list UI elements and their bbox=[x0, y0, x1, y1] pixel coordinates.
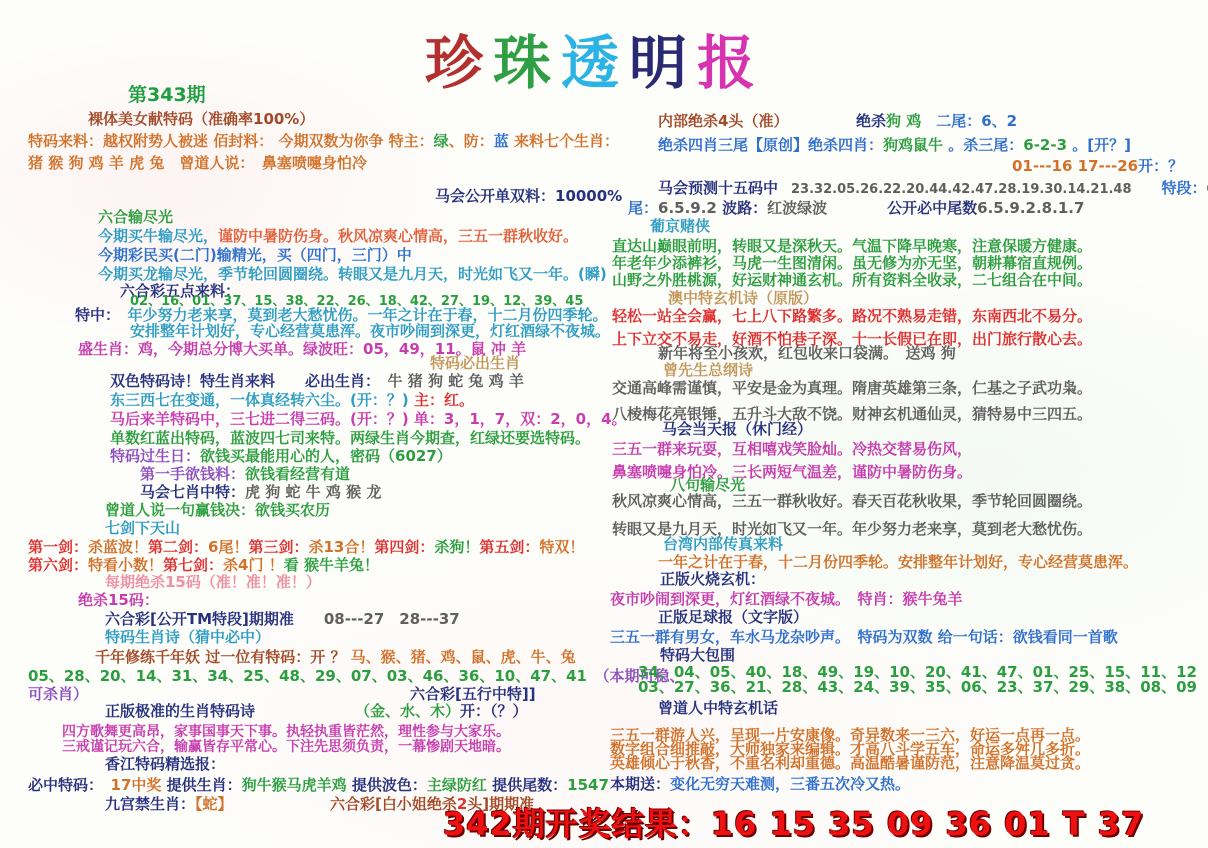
text-segment: 红波绿波 bbox=[767, 199, 827, 217]
text-line: 山野之外胜桃源，好运财神通玄机。所有资料全收录，二七组合在中间。 bbox=[612, 272, 1092, 289]
text-line: 05、28、20、14、31、34、25、48、29、07、03、46、36、1… bbox=[28, 668, 685, 685]
text-line: 三五一群来玩耍，互相嘻戏笑脸灿。冷热交替易伤风， bbox=[612, 441, 972, 458]
text-segment: 香江特码精选报： bbox=[105, 755, 225, 773]
text-line: 一年之计在于春，十二月份四季轮。安排整年计划好，专心经营莫患浑。 bbox=[658, 554, 1138, 571]
text-line: 第一手欲钱料：欲钱看经营有道 bbox=[140, 466, 350, 483]
text-segment: 裸体美女献特码（准确率100%） bbox=[88, 110, 314, 128]
text-line: 特码过生日：欲钱买最能用心的人，密码（6027） bbox=[110, 448, 452, 465]
section-mahui-daily: 马会当天报（休门经） bbox=[662, 421, 812, 438]
text-segment: 狗鸡鼠牛 bbox=[883, 136, 943, 154]
text-segment: 每期绝杀15码（准！准！准！） bbox=[105, 573, 321, 591]
section-liuhe-shujinguang: 六合输尽光 bbox=[98, 209, 173, 226]
text-segment: 谨防中暑防伤身。秋风凉爽心情高，三五一群秋收好。 bbox=[218, 227, 578, 245]
text-segment: 特码大包围 bbox=[660, 646, 735, 664]
text-segment: （金、水、木） bbox=[355, 702, 460, 720]
text-segment: 必中特码： bbox=[28, 776, 96, 794]
single-double: 马会公开单双料：10000% bbox=[435, 188, 622, 205]
text-segment: 第六剑： bbox=[28, 556, 88, 574]
text-segment: 杀13合！ bbox=[309, 538, 375, 556]
section-zengxiansheng: 曾先生总纲诗 bbox=[663, 362, 753, 379]
text-segment: 秋风凉爽心情高，三五一群秋收好。春天百花秋收果，季节轮回圆圈绕。 bbox=[612, 492, 1092, 510]
section-huoshao: 正版火烧玄机： bbox=[660, 571, 765, 588]
text-line: 本期送：变化无穷天难测，三番五次冷又热。 bbox=[610, 776, 910, 793]
text-segment: 六合彩[白小姐绝杀 bbox=[330, 795, 457, 813]
section-zengdaoren-xuanji: 曾道人中特玄机话 bbox=[658, 700, 778, 717]
text-segment: 夜市吵闹到深更，灯红酒绿不夜城。 特肖：猴牛兔羊 bbox=[610, 590, 963, 608]
title-char: 珠 bbox=[493, 29, 561, 97]
text-line: 年老年少添裤衫，马虎一生图清闲。虽无修为亦无坚，朝耕幕宿直规例。 bbox=[612, 255, 1092, 272]
text-segment: 特中： bbox=[75, 306, 113, 324]
text-segment: 。[开？] bbox=[1067, 136, 1131, 154]
text-segment: 特码来料：越权附势人被迷 佰封料： 今期双数为你争 特主： bbox=[28, 132, 434, 150]
text-segment: 澳中特玄机诗（原版） bbox=[668, 289, 818, 307]
text-segment: 今期买龙输尽光，季节轮回圆圈绕。转眼又是九月天，时光如飞又一年。(瞬) bbox=[98, 265, 607, 283]
zodiac-list: 猪 猴 狗 鸡 羊 虎 兔 曾道人说： 鼻塞喷嚏身怕冷 bbox=[28, 155, 367, 172]
text-line: 每期绝杀15码（准！准！准！） bbox=[105, 574, 321, 591]
text-line: 尾：6.5.9.2 波路：红波绿波 公开必中尾数6.5.9.2.8.1.7 bbox=[628, 200, 1084, 217]
text-segment: 提供波色： bbox=[347, 776, 427, 794]
text-segment: 马后来羊特码中，三七进二得三码。(开：？) 单：3，1，7，双：2，0，4。 bbox=[110, 410, 627, 428]
text-segment: 【蛇】 bbox=[195, 795, 233, 813]
text-segment: 欲钱看经营有道 bbox=[245, 465, 350, 483]
text-segment: 牛 猪 狗 蛇 兔 鸡 羊 bbox=[373, 372, 524, 390]
text-segment: 台湾内部传真来料 bbox=[663, 535, 783, 553]
text-segment: 猪 猴 狗 鸡 羊 虎 兔 曾道人说： 鼻塞喷嚏身怕冷 bbox=[28, 154, 367, 172]
text-segment: 6.5.9.2 bbox=[658, 199, 722, 217]
text-segment: 鼻塞喷嚏身怕冷。三长两短气温差，谨防中暑防伤身。 bbox=[612, 463, 972, 481]
text-segment: 轻松一站全会赢，七上八下路繁多。路况不熟易走错，东南西北不易分。 bbox=[612, 307, 1092, 325]
text-segment: 08---27 28---37 bbox=[294, 610, 460, 628]
text-line: 绝杀四肖三尾【原创】绝杀四肖：狗鸡鼠牛 。杀三尾：6-2-3 。[开？] bbox=[658, 137, 1131, 154]
text-segment: 特码必出生肖 bbox=[430, 354, 520, 372]
text-segment: 英雄倾心于秋香，不重名利却重德。高温酷暑谨防范，注意降温莫过贪。 bbox=[610, 754, 1090, 772]
mahui-15-codes: 马会预测十五码中 23.32.05.26.22.20.44.42.47.28.1… bbox=[658, 180, 1208, 198]
text-segment: 来料七个生肖： bbox=[509, 132, 619, 150]
text-segment: 05、28、20、14、31、34、25、48、29、07、03、46、36、1… bbox=[28, 667, 587, 685]
text-segment: 、防： bbox=[449, 132, 494, 150]
text-line: 直达山巅眼前明，转眼又是深秋天。气温下降早晚寒，注意保暖方健康。 bbox=[612, 238, 1092, 255]
text-segment: 直达山巅眼前明，转眼又是深秋天。气温下降早晚寒，注意保暖方健康。 bbox=[612, 237, 1092, 255]
text-segment: 二尾： bbox=[921, 112, 981, 130]
text-segment: 开：？ bbox=[1138, 157, 1183, 175]
text-segment: 曾道人说一句赢钱决： bbox=[105, 501, 255, 519]
text-segment: 六合彩[公开TM特段]期期准 bbox=[105, 610, 294, 628]
text-segment: 今期彩民买(二门)输精光，买（四门，三门）中 bbox=[98, 246, 412, 264]
text-segment: 蓝 bbox=[494, 132, 509, 150]
text-segment: 可杀肖） bbox=[28, 685, 88, 703]
text-segment: 千年修练千年妖 过一位有特码：开 ？ bbox=[95, 648, 351, 666]
text-line: 特码生肖诗（猜中必中） bbox=[105, 629, 270, 646]
text-segment: 必出生肖： bbox=[275, 372, 373, 390]
text-segment: 23.32.05.26.22.20.44.42.47.28.19.30.14.2… bbox=[778, 182, 1132, 197]
text-segment: 今期买牛输尽光， bbox=[98, 227, 218, 245]
text-segment: 葡京赌侠 bbox=[650, 217, 710, 235]
text-segment: 绝杀15码： bbox=[78, 591, 159, 609]
text-segment: 。杀三尾： bbox=[943, 136, 1023, 154]
title-char: 报 bbox=[697, 29, 765, 97]
text-line: 今期买龙输尽光，季节轮回圆圈绕。转眼又是九月天，时光如飞又一年。(瞬) bbox=[98, 266, 607, 283]
text-segment: 6、2 bbox=[981, 112, 1017, 130]
text-segment: 正版极准的生肖特码诗 bbox=[105, 702, 255, 720]
title-char: 明 bbox=[629, 29, 697, 97]
text-segment: 双色特码诗！特生肖来料 bbox=[110, 372, 275, 390]
section-jueша15: 绝杀15码： bbox=[78, 592, 159, 609]
text-segment: 欲钱买最能用心的人，密码（6027） bbox=[200, 447, 452, 465]
text-segment: 单数红蓝出特码，蓝波四七司来特。两绿生肖今期查，红绿还要选特码。 bbox=[110, 429, 590, 447]
text-segment: 三五一群来玩耍，互相嘻戏笑脸灿。冷热交替易伤风， bbox=[612, 440, 972, 458]
text-line: 鼻塞喷嚏身怕冷。三长两短气温差，谨防中暑防伤身。 bbox=[612, 464, 972, 481]
title-char: 珍 bbox=[425, 29, 493, 97]
text-segment: 山野之外胜桃源，好运财神通玄机。所有资料全收录，二七组合在中间。 bbox=[612, 271, 1092, 289]
newspaper-page: 珍珠透明报 第343期 裸体美女献特码（准确率100%）特码来料：越权附势人被迷… bbox=[0, 0, 1208, 848]
text-line: 轻松一站全会赢，七上八下路繁多。路况不熟易走错，东南西北不易分。 bbox=[612, 308, 1092, 325]
text-segment: 绿 bbox=[434, 132, 449, 150]
text-segment: 主绿防红 bbox=[427, 776, 487, 794]
text-segment: 年老年少添裤衫，马虎一生图清闲。虽无修为亦无坚，朝耕幕宿直规例。 bbox=[612, 254, 1092, 272]
text-segment: 四方歌舞更高昂，家事国事天下事。执轻执重皆茫然，理性参与大家乐。 bbox=[62, 724, 510, 740]
text-line: 双色特码诗！特生肖来料 必出生肖： 牛 猪 狗 蛇 兔 鸡 羊 bbox=[110, 373, 524, 390]
text-line: 三戒谨记玩六合，输赢皆存平常心。下注先思须负责，一幕惨剧天地暗。 bbox=[62, 739, 510, 755]
section-aozhong: 澳中特玄机诗（原版） bbox=[668, 290, 818, 307]
text-line: 六合彩[公开TM特段]期期准 08---27 28---37 bbox=[105, 611, 460, 628]
section-pujing: 葡京赌侠 bbox=[650, 218, 710, 235]
text-line: 新年将至小孩欢，红包收来口袋满。 送鸡 狗 bbox=[658, 345, 956, 362]
text-segment bbox=[781, 112, 856, 130]
text-segment: 交通高峰需谨慎，平安是金为真理。隋唐英雄第三条，仁基之子武功枭。 bbox=[612, 379, 1092, 397]
text-segment: 新年将至小孩欢，红包收来口袋满。 送鸡 狗 bbox=[658, 344, 956, 362]
text-segment: 狗 鸡 bbox=[886, 112, 921, 130]
text-segment: 03、27、36、21、28、43、24、39、35、06、23、37、29、3… bbox=[638, 678, 1197, 696]
text-line: 今期买牛输尽光，谨防中暑防伤身。秋风凉爽心情高，三五一群秋收好。 bbox=[98, 228, 578, 245]
text-line: 单数红蓝出特码，蓝波四七司来特。两绿生肖今期查，红绿还要选特码。 bbox=[110, 430, 590, 447]
text-segment: 内部绝杀4头（准） bbox=[658, 112, 781, 130]
text-segment: 提供生肖： bbox=[167, 776, 242, 794]
text-segment: 安排整年计划好，专心经营莫患浑。夜市吵闹到深更，灯红酒绿不夜城。 bbox=[130, 322, 610, 340]
text-line: 秋风凉爽心情高，三五一群秋收好。春天百花秋收果，季节轮回圆圈绕。 bbox=[612, 493, 1092, 510]
text-line: 01---16 17---26开：？ bbox=[1012, 158, 1183, 175]
text-segment: 尾： bbox=[628, 199, 658, 217]
text-segment: 马会七肖中特： bbox=[140, 483, 245, 501]
text-segment: 马会当天报（休门经） bbox=[662, 420, 812, 438]
text-line: 英雄倾心于秋香，不重名利却重德。高温酷暑谨防范，注意降温莫过贪。 bbox=[610, 755, 1090, 772]
text-segment: 17中奖 bbox=[96, 776, 167, 794]
text-segment: 开：（？） bbox=[460, 702, 528, 720]
text-segment: 杀蓝波！ bbox=[88, 538, 148, 556]
section-taiwan: 台湾内部传真来料 bbox=[663, 536, 783, 553]
text-segment: 波路： bbox=[722, 199, 767, 217]
section-dabaowei: 特码大包围 bbox=[660, 647, 735, 664]
text-segment: 正版足球报（文字版） bbox=[658, 608, 808, 626]
text-segment: 正版火烧玄机： bbox=[660, 570, 765, 588]
text-segment: 特双！ bbox=[539, 538, 584, 556]
text-segment: 盛生肖： bbox=[78, 340, 138, 358]
text-segment: 第一剑： bbox=[28, 538, 88, 556]
text-line: 马会七肖中特：虎 狗 蛇 牛 鸡 猴 龙 bbox=[140, 484, 381, 501]
section-seven-swords: 七剑下天山 bbox=[105, 520, 180, 537]
text-segment: 看 猴牛羊兔！ bbox=[284, 556, 379, 574]
tema-laili: 特码来料：越权附势人被迷 佰封料： 今期双数为你争 特主：绿、防：蓝 来料七个生… bbox=[28, 133, 619, 150]
text-line: 千年修练千年妖 过一位有特码：开 ？ 马、猴、猪、鸡、鼠、虎、牛、兔 bbox=[95, 649, 576, 666]
text-segment: 九宫禁生肖： bbox=[105, 795, 195, 813]
text-line: 今期彩民买(二门)输精光，买（四门，三门）中 bbox=[98, 247, 412, 264]
text-segment: 狗牛猴马虎羊鸡 bbox=[242, 776, 347, 794]
text-segment: 曾先生总纲诗 bbox=[663, 361, 753, 379]
issue-number: 第343期 bbox=[128, 86, 206, 105]
text-segment: 主：红。 bbox=[414, 391, 474, 409]
text-line: 必中特码： 17中奖 提供生肖：狗牛猴马虎羊鸡 提供波色：主绿防红 提供尾数：1… bbox=[28, 777, 609, 794]
text-segment: 虎 狗 蛇 牛 鸡 猴 龙 bbox=[245, 483, 381, 501]
text-line: 东三西七在变通，一体真经转六尘。(开：？) 主：红。 bbox=[110, 392, 474, 409]
lottery-result-banner: 342期开奖结果：16 15 35 09 36 01 T 37 bbox=[443, 808, 1144, 840]
headline-accuracy: 裸体美女献特码（准确率100%） bbox=[88, 111, 314, 128]
text-line: 夜市吵闹到深更，灯红酒绿不夜城。 特肖：猴牛兔羊 bbox=[610, 591, 963, 608]
text-segment: 第二剑： bbox=[148, 538, 208, 556]
text-segment: 东三西七在变通，一体真经转六尘。(开：？) bbox=[110, 391, 414, 409]
text-segment: 本期送： bbox=[610, 775, 670, 793]
text-segment: 一年之计在于春，十二月份四季轮。安排整年计划好，专心经营莫患浑。 bbox=[658, 553, 1138, 571]
text-line: 03、27、36、21、28、43、24、39、35、06、23、37、29、3… bbox=[638, 679, 1197, 696]
text-segment: 提供尾数： bbox=[487, 776, 567, 794]
text-line: 曾道人说一句赢钱决：欲钱买农历 bbox=[105, 502, 330, 519]
text-line: 正版极准的生肖特码诗 bbox=[105, 703, 255, 720]
text-line: 四方歌舞更高昂，家事国事天下事。执轻执重皆茫然，理性参与大家乐。 bbox=[62, 724, 510, 740]
text-segment: 绝杀四肖三尾【原创】绝杀四肖： bbox=[658, 136, 883, 154]
neibu-juesha: 内部绝杀4头（准） 绝杀狗 鸡 二尾：6、2 bbox=[658, 113, 1017, 130]
text-segment: 第七剑： bbox=[163, 556, 223, 574]
text-segment: 特码过生日： bbox=[110, 447, 200, 465]
text-segment: 三五一群有男女，车水马龙杂吵声。 特码为双数 给一句话：欲钱看同一首歌 bbox=[610, 628, 1118, 646]
text-segment: 绝杀 bbox=[856, 112, 886, 130]
text-line: 第一剑：杀蓝波！第二剑：6尾！第三剑：杀13合！第四剑：杀狗！第五剑：特双！ bbox=[28, 539, 584, 556]
page-title: 珍珠透明报 bbox=[425, 34, 765, 92]
section-zuqiubao: 正版足球报（文字版） bbox=[658, 609, 808, 626]
text-line: 安排整年计划好，专心经营莫患浑。夜市吵闹到深更，灯红酒绿不夜城。 bbox=[130, 323, 610, 340]
text-segment: 第五剑： bbox=[479, 538, 539, 556]
text-line: 六合彩[五行中特]] bbox=[410, 686, 536, 703]
text-segment: 马会预测十五码中 bbox=[658, 179, 778, 197]
text-segment: 特看小数！ bbox=[88, 556, 163, 574]
text-line: 交通高峰需谨慎，平安是金为真理。隋唐英雄第三条，仁基之子武功枭。 bbox=[612, 380, 1092, 397]
text-segment: 七剑下天山 bbox=[105, 519, 180, 537]
text-line: 九宫禁生肖：【蛇】 bbox=[105, 796, 233, 813]
text-segment: 三戒谨记玩六合，输赢皆存平常心。下注先思须负责，一幕惨剧天地暗。 bbox=[62, 739, 510, 755]
text-segment: 特码生肖诗（猜中必中） bbox=[105, 628, 270, 646]
text-segment: 马会公开单双料：10000% bbox=[435, 187, 622, 205]
text-segment: 1547 bbox=[567, 776, 609, 794]
text-segment: 第四剑： bbox=[374, 538, 434, 556]
section-must-zodiac: 特码必出生肖 bbox=[430, 355, 520, 372]
text-line: 三五一群有男女，车水马龙杂吵声。 特码为双数 给一句话：欲钱看同一首歌 bbox=[610, 629, 1118, 646]
title-char: 透 bbox=[561, 29, 629, 97]
text-segment: 特段： bbox=[1132, 179, 1207, 197]
text-segment: 欲钱买农历 bbox=[255, 501, 330, 519]
text-segment: 六合输尽光 bbox=[98, 208, 173, 226]
text-line: 可杀肖） bbox=[28, 686, 88, 703]
text-segment: 马、猴、猪、鸡、鼠、虎、牛、兔 bbox=[351, 648, 576, 666]
text-segment: 第三剑： bbox=[248, 538, 308, 556]
text-segment: 变化无穷天难测，三番五次冷又热。 bbox=[670, 775, 910, 793]
text-segment: 杀狗！ bbox=[434, 538, 479, 556]
text-segment: 6.5.9.2.8.1.7 bbox=[977, 199, 1084, 217]
text-segment: 6-2-3 bbox=[1023, 136, 1067, 154]
text-segment: 第一手欲钱料： bbox=[140, 465, 245, 483]
text-segment: 公开必中尾数 bbox=[827, 199, 977, 217]
text-segment: 曾道人中特玄机话 bbox=[658, 699, 778, 717]
text-line: 马后来羊特码中，三七进二得三码。(开：？) 单：3，1，7，双：2，0，4。 bbox=[110, 411, 627, 428]
text-segment: 01---16 17---26 bbox=[1012, 157, 1138, 175]
text-segment: 6尾！ bbox=[208, 538, 248, 556]
text-segment: 六合彩[五行中特]] bbox=[410, 685, 536, 703]
section-xiangjiang: 香江特码精选报： bbox=[105, 756, 225, 773]
text-segment: 杀4门 ！ bbox=[223, 556, 284, 574]
text-line: （金、水、木）开：（？） bbox=[355, 703, 528, 720]
text-line: 第六剑：特看小数！第七剑：杀4门 ！看 猴牛羊兔！ bbox=[28, 557, 379, 574]
